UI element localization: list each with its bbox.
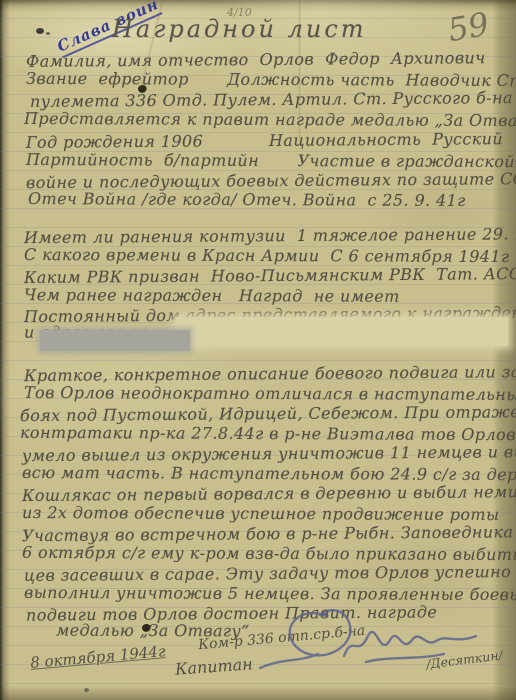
feat-line-4: умело вышел из окружения уничтожив 11 не… xyxy=(22,442,516,465)
feat-line-10: цев засевших в сарае. Эту задачу тов Орл… xyxy=(24,562,511,585)
feat-line-1: Тов Орлов неоднократно отличался в насту… xyxy=(24,383,516,404)
page-number: 59 xyxy=(445,5,492,49)
form-line-award: Представляется к правит награде медалью … xyxy=(24,109,516,130)
redaction-box-family xyxy=(40,330,190,351)
punch-hole-bottom-icon xyxy=(142,624,151,632)
form-line-name: Фамилия, имя отчество Орлов Федор Архипо… xyxy=(26,48,486,71)
document-title: Наградной лист xyxy=(112,20,367,39)
form-line-rvk: Каким РВК призван Ново-Письмянским РВК Т… xyxy=(24,264,516,287)
date-line: 8 октября 1944г xyxy=(29,642,166,672)
punch-hole-top-icon xyxy=(138,85,147,93)
feat-line-3: контратаки пр-ка 27.8.44г в р-не Виэталв… xyxy=(20,423,516,444)
feat-line-8: Участвуя во встречном бою в р-не Рыбн. З… xyxy=(22,522,516,545)
feat-line-2: боях под Пустошкой, Идрицей, Себежом. Пр… xyxy=(20,402,516,425)
rank-line: Капитан xyxy=(174,654,253,678)
feat-line-6: Кошлякас он первый ворвался в деревню и … xyxy=(22,482,516,505)
form-line-party: Партийность б/партийн Участие в гражданс… xyxy=(26,150,515,171)
feat-line-7: из 2х дотов обеспечив успешное продвижен… xyxy=(22,503,500,524)
form-line-birth: Год рождения 1906 Национальность Русский xyxy=(26,129,503,152)
form-line-wounds: Имеет ли ранения контузии 1 тяжелое ране… xyxy=(24,224,516,247)
pencil-dot-icon xyxy=(84,688,89,692)
ink-smudge-icon xyxy=(36,28,44,34)
form-line-prior-awards: Чем ранее награжден Наград не имеет xyxy=(24,285,400,306)
signature-flourish-icon xyxy=(248,596,480,688)
form-line-enlisted: С какого времени в Красн Армии С 6 сентя… xyxy=(24,245,510,266)
redaction-box-address xyxy=(176,317,508,346)
feat-line-9: 6 октября с/г ему к-ром взв-да было прик… xyxy=(22,543,516,564)
form-line-rank: Звание ефрейтор Должность часть Наводчик… xyxy=(26,69,516,90)
award-sheet-page: Слава воин 4/10 59 Наградной лист Фамили… xyxy=(0,0,516,700)
feat-heading: Краткое, конкретное описание боевого под… xyxy=(24,362,516,385)
form-line-patriotic-war: Отеч Война /где когда/ Отеч. Война с 25.… xyxy=(28,189,466,210)
form-line-unit: пулемета 336 Отд. Пулем. Артил. Ст. Русс… xyxy=(30,88,513,111)
ink-dot-icon xyxy=(46,32,50,35)
feat-line-5: всю мат часть. В наступательном бою 24.9… xyxy=(22,463,516,484)
